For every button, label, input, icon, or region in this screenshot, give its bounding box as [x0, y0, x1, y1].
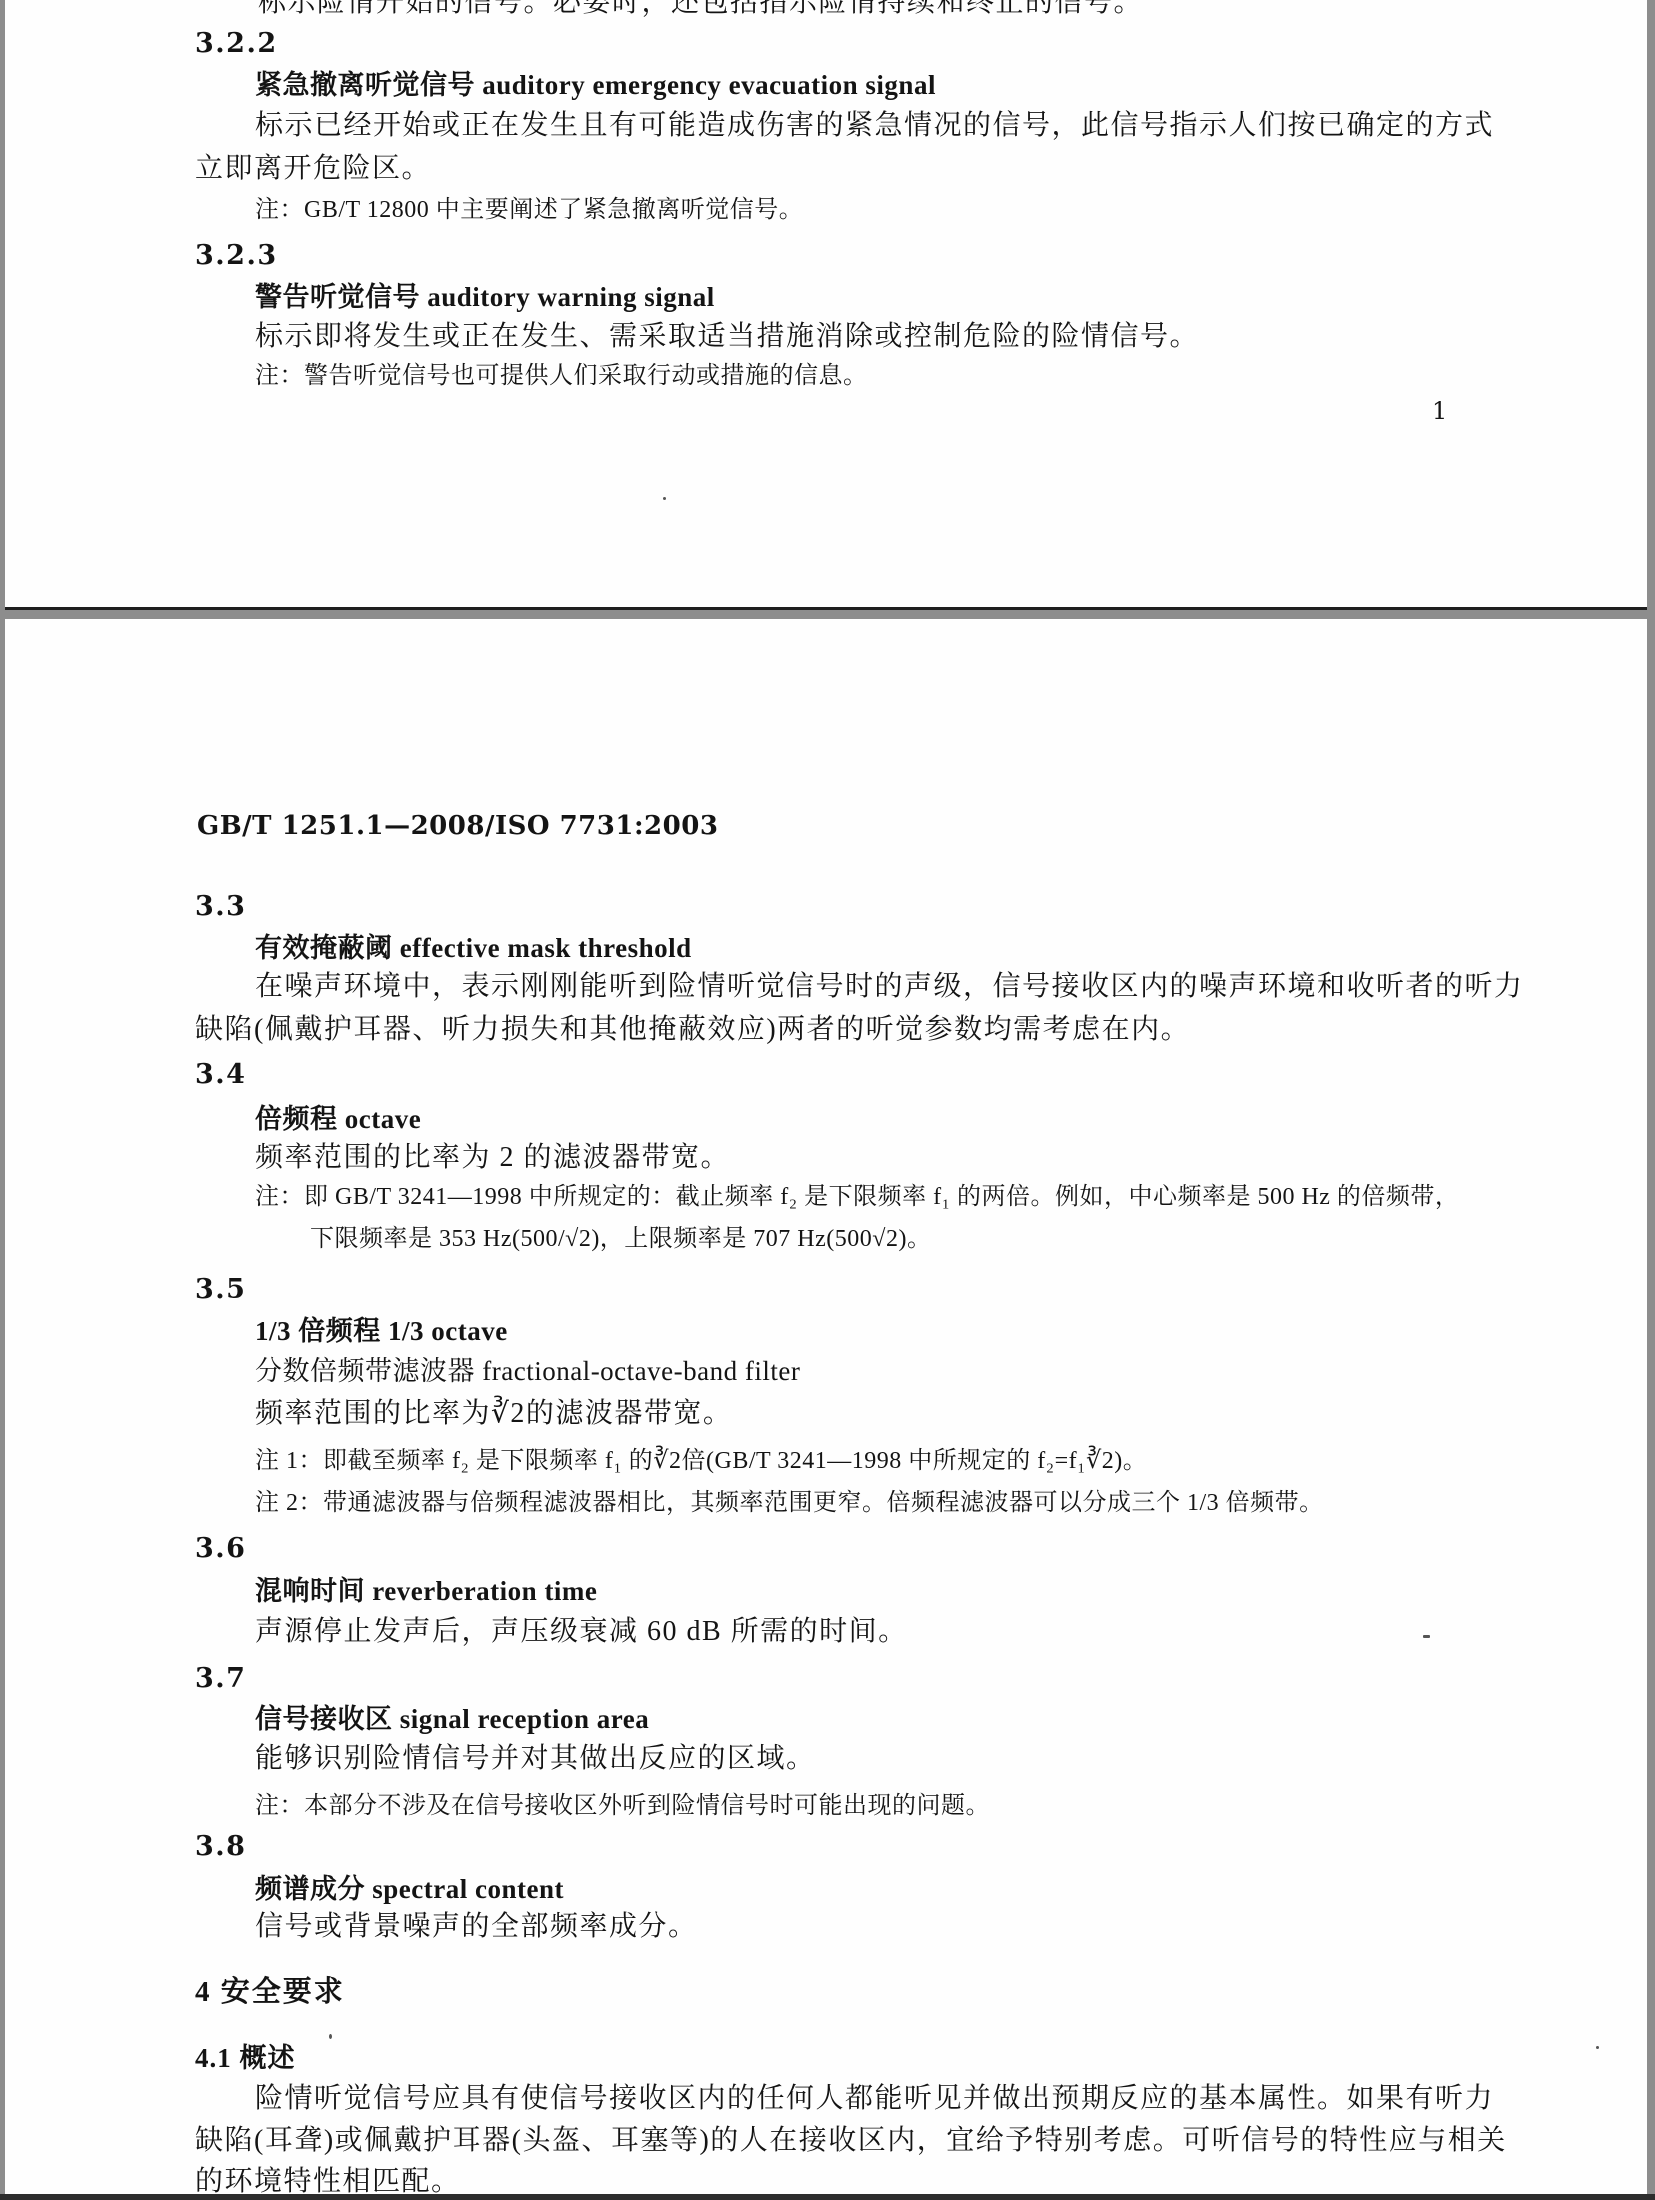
- clause-number-3-7: 3.7: [195, 1663, 246, 1694]
- page-1: 标示险情开始的信号。必要时，还包括指示险情持续和终止的信号。 3.2.2 紧急撤…: [5, 0, 1647, 607]
- note-line: 注：GB/T 12800 中主要阐述了紧急撤离听觉信号。: [255, 197, 803, 225]
- viewport-bottom-edge: [0, 2194, 1655, 2200]
- text-line: 立即离开危险区。: [195, 153, 431, 185]
- page-gap-separator: [0, 607, 1655, 619]
- text-line: 标示已经开始或正在发生且有可能造成伤害的紧急情况的信号，此信号指示人们按已确定的…: [255, 110, 1494, 142]
- note-line: 注 1：即截至频率 f₂ 是下限频率 f₁ 的∛2倍(GB/T 3241—199…: [255, 1448, 1147, 1476]
- text-line: 险情听觉信号应具有使信号接收区内的任何人都能听见并做出预期反应的基本属性。如果有…: [255, 2083, 1494, 2115]
- scan-artifact: [1596, 2046, 1599, 2049]
- scan-artifact: [329, 2034, 332, 2039]
- section-heading-4: 4 安全要求: [195, 1976, 345, 2009]
- page-2: GB/T 1251.1—2008/ISO 7731:2003 3.3 有效掩蔽阈…: [5, 619, 1647, 2200]
- term-line: 有效掩蔽阈 effective mask threshold: [255, 933, 692, 964]
- text-line: 信号或背景噪声的全部频率成分。: [255, 1911, 698, 1943]
- text-line: 标示即将发生或正在发生、需采取适当措施消除或控制危险的险情信号。: [255, 321, 1199, 353]
- page-number: 1: [1432, 398, 1447, 426]
- text-line: 声源停止发声后，声压级衰减 60 dB 所需的时间。: [255, 1616, 908, 1648]
- text-line: 缺陷(佩戴护耳器、听力损失和其他掩蔽效应)两者的听觉参数均需考虑在内。: [195, 1014, 1190, 1046]
- scan-artifact: [663, 497, 666, 500]
- clause-number-3-2-2: 3.2.2: [195, 28, 278, 59]
- note-line: 注：警告听觉信号也可提供人们采取行动或措施的信息。: [255, 363, 868, 391]
- term-line: 信号接收区 signal reception area: [255, 1704, 649, 1735]
- clause-number-3-3: 3.3: [195, 891, 246, 922]
- clause-number-3-6: 3.6: [195, 1533, 246, 1564]
- note-line: 注 2：带通滤波器与倍频程滤波器相比，其频率范围更窄。倍频程滤波器可以分成三个 …: [255, 1490, 1324, 1518]
- note-line: 注：本部分不涉及在信号接收区外听到险情信号时可能出现的问题。: [255, 1793, 990, 1821]
- note-line: 下限频率是 353 Hz(500/√2)，上限频率是 707 Hz(500√2)…: [310, 1226, 931, 1254]
- text-line: 能够识别险情信号并对其做出反应的区域。: [255, 1743, 816, 1775]
- viewer-gutter-right: [1647, 0, 1655, 2200]
- running-header: GB/T 1251.1—2008/ISO 7731:2003: [197, 812, 718, 842]
- term-line: 频谱成分 spectral content: [255, 1874, 564, 1905]
- term-line: 警告听觉信号 auditory warning signal: [255, 282, 715, 313]
- scan-artifact: [1423, 1635, 1430, 1638]
- clause-number-3-8: 3.8: [195, 1831, 246, 1862]
- term-line: 紧急撤离听觉信号 auditory emergency evacuation s…: [255, 70, 936, 101]
- text-line: 缺陷(耳聋)或佩戴护耳器(头盔、耳塞等)的人在接收区内，宜给予特别考虑。可听信号…: [195, 2125, 1507, 2157]
- scanned-document-view: 标示险情开始的信号。必要时，还包括指示险情持续和终止的信号。 3.2.2 紧急撤…: [0, 0, 1655, 2200]
- note-line: 注：即 GB/T 3241—1998 中所规定的：截止频率 f₂ 是下限频率 f…: [255, 1184, 1459, 1212]
- text-line: 频率范围的比率为∛2的滤波器带宽。: [255, 1398, 732, 1430]
- term-line: 1/3 倍频程 1/3 octave: [255, 1316, 508, 1347]
- viewer-gutter-left: [0, 0, 5, 2200]
- text-line: 在噪声环境中，表示刚刚能听到险情听觉信号时的声级，信号接收区内的噪声环境和收听者…: [255, 971, 1524, 1003]
- term-line: 混响时间 reverberation time: [255, 1576, 597, 1607]
- clause-number-3-2-3: 3.2.3: [195, 240, 278, 271]
- term-line: 倍频程 octave: [255, 1104, 421, 1135]
- clause-number-3-5: 3.5: [195, 1274, 246, 1305]
- text-line: 频率范围的比率为 2 的滤波器带宽。: [255, 1142, 730, 1174]
- section-heading-4-1: 4.1 概述: [195, 2043, 296, 2074]
- text-line-clipped: 标示险情开始的信号。必要时，还包括指示险情持续和终止的信号。: [258, 0, 1143, 19]
- clause-number-3-4: 3.4: [195, 1059, 246, 1090]
- term-line: 分数倍频带滤波器 fractional-octave-band filter: [255, 1356, 800, 1387]
